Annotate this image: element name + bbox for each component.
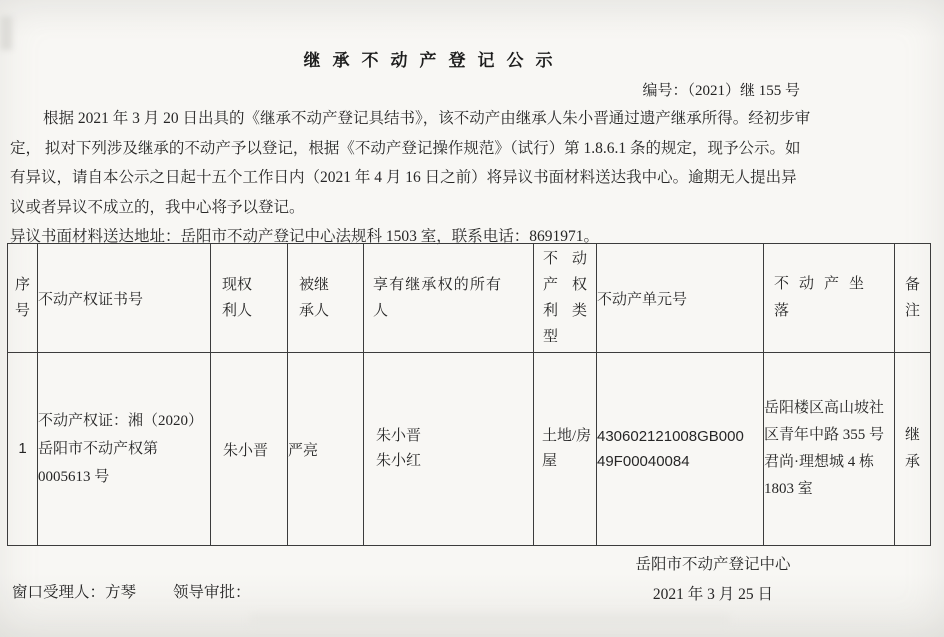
document-number: 编号：（2021）继 155 号 [642,79,800,100]
footer-issuer-block: 岳阳市不动产登记中心 2021 年 3 月 25 日 [618,550,808,610]
registration-table: 序号 不动产权证书号 现权利人 被继承人 享有继承权的所有人 不动产权利类型 不… [7,243,931,546]
col-header-cert-no: 不动产权证书号 [38,244,211,353]
col-header-unit-no: 不动产单元号 [597,244,764,353]
issue-date: 2021 年 3 月 25 日 [618,580,808,610]
intro-line-2: 定， 拟对下列涉及继承的不动产予以登记，根据《不动产登记操作规范》（试行）第 1… [10,134,934,164]
acceptor-label: 窗口受理人： [12,584,105,601]
col-header-seq: 序号 [8,244,38,353]
cell-unit-no: 430602121008GB000 49F00040084 [597,353,764,546]
acceptor-name: 方琴 [105,584,136,601]
scan-artifact [250,614,730,626]
approval-label: 领导审批： [173,584,251,601]
unit-no-line: 49F00040084 [597,449,763,474]
table-row: 1 不动产权证：湘（2020）岳阳市不动产权第 0005613 号 朱小晋 严亮… [8,353,931,546]
heir-name: 朱小红 [376,449,533,474]
scanned-document-page: 继承不动产登记公示 编号：（2021）继 155 号 根据 2021 年 3 月… [0,0,944,637]
page-title: 继承不动产登记公示 [0,46,856,71]
col-header-location: 不动产坐落 [764,244,895,353]
col-header-remark: 备注 [895,244,931,353]
cell-location: 岳阳楼区高山坡社区青年中路 355 号君尚·理想城 4 栋 1803 室 [764,353,895,546]
col-header-current-holder: 现权利人 [211,244,288,353]
cell-decedent: 严亮 [288,353,364,546]
footer-signature-line: 窗口受理人：方琴领导审批： [12,580,251,602]
cell-seq: 1 [8,353,38,546]
table-header-row: 序号 不动产权证书号 现权利人 被继承人 享有继承权的所有人 不动产权利类型 不… [8,244,931,353]
cell-remark: 继承 [895,353,931,546]
intro-line-4: 议或者异议不成立的，我中心将予以登记。 [10,193,934,223]
col-header-right-type: 不动产权利类型 [534,244,597,353]
cell-current-holder: 朱小晋 [211,353,288,546]
intro-paragraph: 根据 2021 年 3 月 20 日出具的《继承不动产登记具结书》，该不动产由继… [10,104,934,252]
col-header-decedent: 被继承人 [288,244,364,353]
col-header-heirs: 享有继承权的所有人 [364,244,534,353]
heir-name: 朱小晋 [376,424,533,449]
cell-heirs: 朱小晋 朱小红 [364,353,534,546]
cell-cert-no: 不动产权证：湘（2020）岳阳市不动产权第 0005613 号 [38,353,211,546]
unit-no-line: 430602121008GB000 [597,424,763,449]
cell-right-type: 土地/房屋 [534,353,597,546]
issuing-org: 岳阳市不动产登记中心 [618,550,808,580]
intro-line-3: 有异议，请自本公示之日起十五个工作日内（2021 年 4 月 16 日之前）将异… [10,163,934,193]
intro-line-1: 根据 2021 年 3 月 20 日出具的《继承不动产登记具结书》，该不动产由继… [10,104,934,134]
scan-artifact [0,16,12,50]
